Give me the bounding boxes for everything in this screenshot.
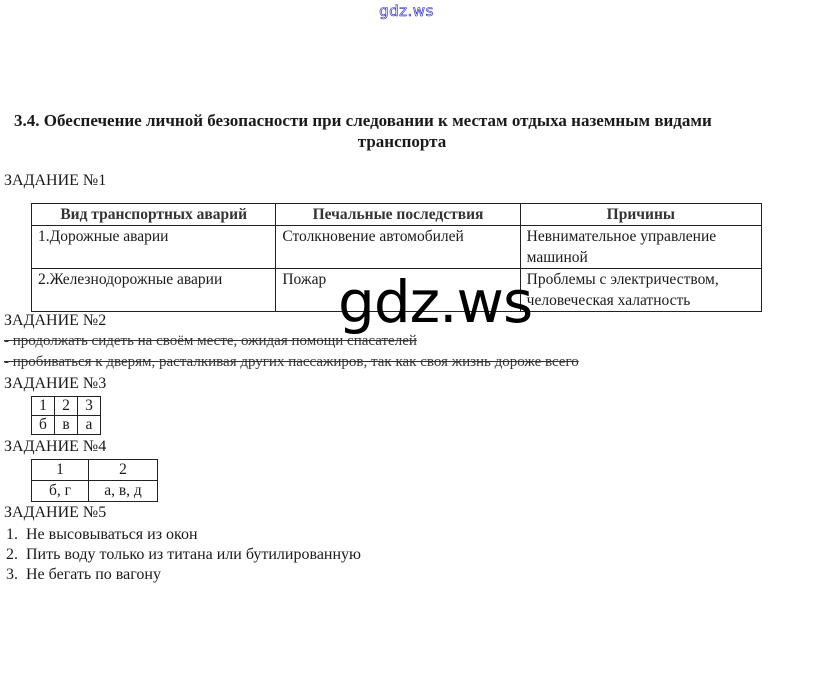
list-text: Пить воду только из титана или бутилиров… (26, 546, 361, 563)
table-cell: 2.Железнодорожные аварии (32, 269, 276, 312)
list-item: 2.Пить воду только из титана или бутилир… (6, 545, 361, 565)
table-cell: 1 (32, 460, 89, 481)
list-number: 2. (6, 545, 26, 565)
table-header-row: 1 2 3 (32, 397, 101, 416)
title-line-2: транспорта (12, 131, 782, 152)
list-item: 1.Не высовываться из окон (6, 525, 361, 545)
watermark-center: gdz.ws (338, 273, 532, 331)
table-header-row: Вид транспортных аварий Печальные послед… (32, 204, 762, 226)
list-text: Не бегать по вагону (26, 566, 161, 583)
task5-list: 1.Не высовываться из окон 2.Пить воду то… (6, 525, 361, 585)
table-cell: Столкновение автомобилей (276, 226, 520, 269)
table-cell: в (55, 416, 78, 435)
table-cell: б, г (32, 481, 89, 502)
list-number: 3. (6, 565, 26, 585)
table-row: б, г а, в, д (32, 481, 158, 502)
table-cell: а (78, 416, 101, 435)
list-number: 1. (6, 525, 26, 545)
table-cell: 1.Дорожные аварии (32, 226, 276, 269)
watermark-top: gdz.ws (0, 2, 813, 20)
task4-heading: ЗАДАНИЕ №4 (4, 438, 106, 456)
table-row: б в а (32, 416, 101, 435)
table-cell: 2 (89, 460, 158, 481)
task5-heading: ЗАДАНИЕ №5 (4, 504, 106, 522)
table-header-row: 1 2 (32, 460, 158, 481)
table-cell: Невнимательное управление машиной (520, 226, 761, 269)
table-row: 1.Дорожные аварии Столкновение автомобил… (32, 226, 762, 269)
task2-heading: ЗАДАНИЕ №2 (4, 312, 106, 330)
list-item: 3.Не бегать по вагону (6, 565, 361, 585)
table-cell: б (32, 416, 55, 435)
table-cell: а, в, д (89, 481, 158, 502)
task4-table: 1 2 б, г а, в, д (31, 459, 158, 502)
table-cell: 1 (32, 397, 55, 416)
column-header: Причины (520, 204, 761, 226)
title-line-1: 3.4. Обеспечение личной безопасности при… (12, 110, 782, 131)
column-header: Печальные последствия (276, 204, 520, 226)
task3-heading: ЗАДАНИЕ №3 (4, 375, 106, 393)
list-text: Не высовываться из окон (26, 526, 198, 543)
table-cell: Проблемы с электричеством, человеческая … (520, 269, 761, 312)
table-cell: 3 (78, 397, 101, 416)
section-title: 3.4. Обеспечение личной безопасности при… (12, 110, 782, 152)
table-cell: 2 (55, 397, 78, 416)
task2-option: - пробиваться к дверям, расталкивая друг… (4, 354, 579, 371)
task3-table: 1 2 3 б в а (31, 396, 101, 435)
task1-heading: ЗАДАНИЕ №1 (4, 172, 106, 190)
column-header: Вид транспортных аварий (32, 204, 276, 226)
